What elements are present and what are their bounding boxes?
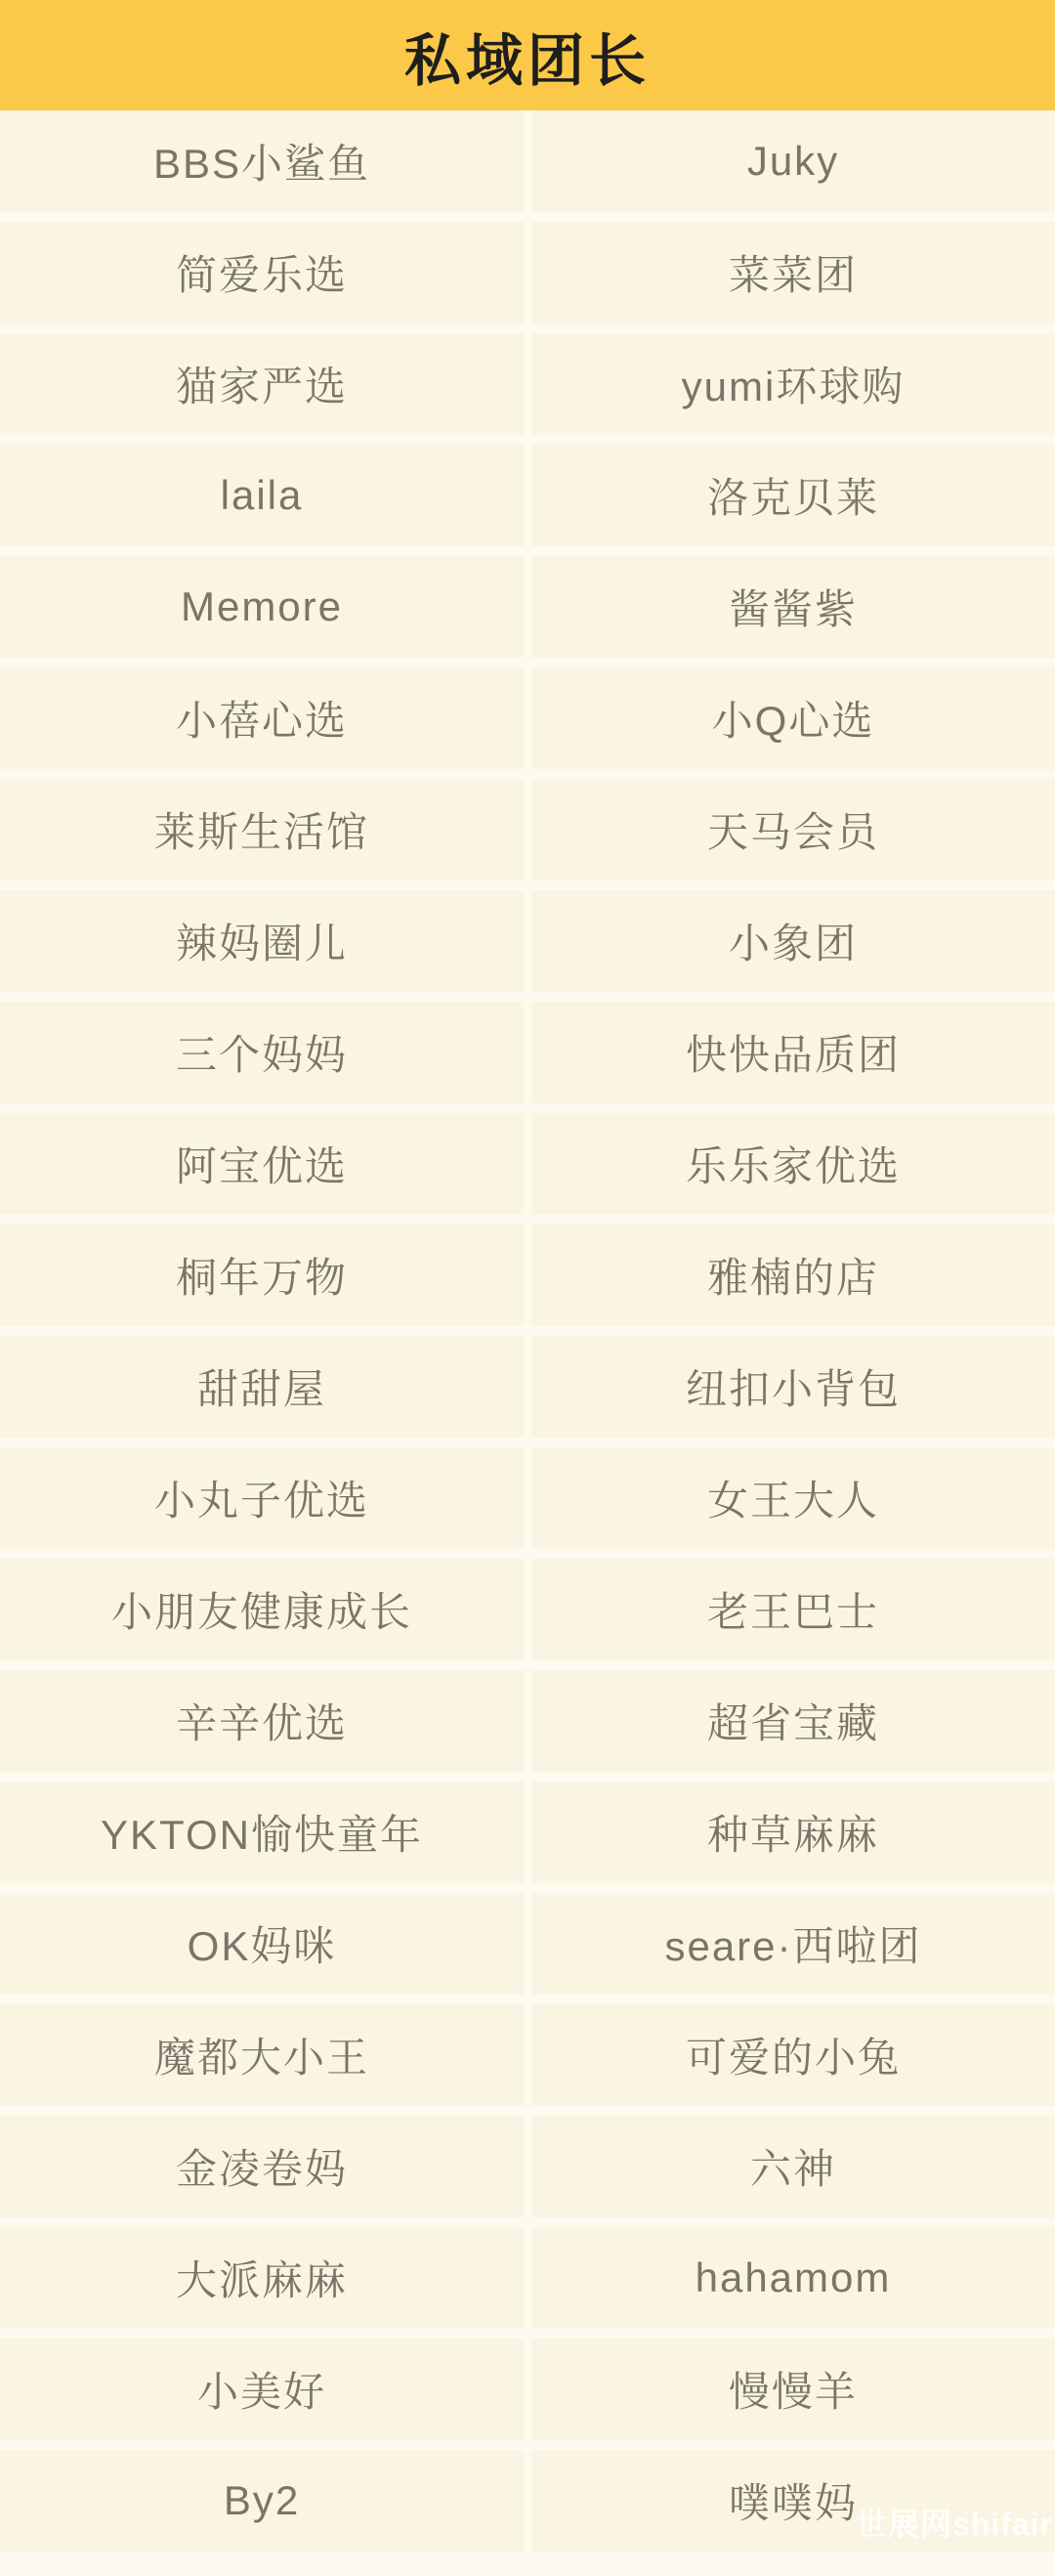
- table-cell-left: BBS小鲨鱼: [0, 110, 524, 212]
- leader-name: By2: [224, 2477, 300, 2524]
- leader-name: hahamom: [696, 2254, 892, 2301]
- table-cell-right: 天马会员: [531, 779, 1055, 880]
- table-cell-right: 洛克贝莱: [531, 445, 1055, 546]
- leader-name: 小丸子优选: [154, 1469, 369, 1527]
- table-cell-left: 小丸子优选: [0, 1447, 524, 1549]
- leader-name: 纽扣小背包: [686, 1357, 901, 1416]
- table-row: 小美好 慢慢羊: [0, 2339, 1055, 2440]
- table-row: 简爱乐选 菜菜团: [0, 222, 1055, 323]
- table-cell-right: 小象团: [531, 890, 1055, 992]
- leader-name: 天马会员: [707, 800, 879, 859]
- table-row: 阿宝优选 乐乐家优选: [0, 1113, 1055, 1215]
- table-cell-left: laila: [0, 445, 524, 546]
- leader-name: YKTON愉快童年: [101, 1803, 423, 1862]
- table-cell-right: 种草麻麻: [531, 1782, 1055, 1883]
- table-cell-right: 噗噗妈: [531, 2450, 1055, 2552]
- table-row: 莱斯生活馆 天马会员: [0, 779, 1055, 880]
- table-cell-left: 桐年万物: [0, 1224, 524, 1326]
- table-cell-right: 六神: [531, 2116, 1055, 2217]
- leader-name: 三个妈妈: [176, 1023, 348, 1082]
- leader-name: 桐年万物: [176, 1246, 348, 1305]
- table-row: 猫家严选 yumi环球购: [0, 333, 1055, 435]
- table-cell-right: seare·西啦团: [531, 1893, 1055, 1995]
- table-cell-left: 辛辛优选: [0, 1670, 524, 1772]
- table-cell-right: hahamom: [531, 2227, 1055, 2329]
- leader-name: 阿宝优选: [176, 1135, 348, 1193]
- table-row: 小蓓心选 小Q心选: [0, 667, 1055, 769]
- table-row: laila 洛克贝莱: [0, 445, 1055, 546]
- leader-name: yumi环球购: [682, 355, 906, 413]
- table-cell-left: 猫家严选: [0, 333, 524, 435]
- leader-name: 六神: [750, 2137, 836, 2196]
- table-cell-left: OK妈咪: [0, 1893, 524, 1995]
- leader-name: 小美好: [197, 2360, 326, 2419]
- table-cell-right: 纽扣小背包: [531, 1336, 1055, 1438]
- leader-name: 甜甜屋: [197, 1357, 326, 1416]
- table-cell-right: 酱酱紫: [531, 556, 1055, 658]
- table-row: 辛辛优选 超省宝藏: [0, 1670, 1055, 1772]
- table-row: 大派麻麻 hahamom: [0, 2227, 1055, 2329]
- leader-name: 魔都大小王: [154, 2026, 369, 2084]
- leader-name: OK妈咪: [188, 1914, 337, 1973]
- table-cell-left: 三个妈妈: [0, 1002, 524, 1103]
- leader-name: 猫家严选: [176, 355, 348, 413]
- leader-name: 小朋友健康成长: [111, 1580, 412, 1639]
- leader-name: 辣妈圈儿: [176, 912, 348, 970]
- leader-name: 小Q心选: [712, 689, 875, 748]
- table-cell-left: 小蓓心选: [0, 667, 524, 769]
- page: 私域团长 BBS小鲨鱼 Juky 简爱乐选 菜菜团 猫家严选 yumi环球购 l…: [0, 0, 1055, 2576]
- table-cell-right: 菜菜团: [531, 222, 1055, 323]
- table-cell-left: 大派麻麻: [0, 2227, 524, 2329]
- table-cell-left: 甜甜屋: [0, 1336, 524, 1438]
- table-row: BBS小鲨鱼 Juky: [0, 110, 1055, 212]
- leader-name: 小蓓心选: [176, 689, 348, 748]
- table-row: 桐年万物 雅楠的店: [0, 1224, 1055, 1326]
- table-cell-right: yumi环球购: [531, 333, 1055, 435]
- leader-name: 噗噗妈: [729, 2471, 858, 2530]
- leader-name: 小象团: [729, 912, 858, 970]
- table-cell-right: 慢慢羊: [531, 2339, 1055, 2440]
- leader-name: 洛克贝莱: [707, 466, 879, 525]
- table-cell-right: 女王大人: [531, 1447, 1055, 1549]
- table-cell-right: 快快品质团: [531, 1002, 1055, 1103]
- table-row: By2 噗噗妈: [0, 2450, 1055, 2552]
- leader-name: 乐乐家优选: [686, 1135, 901, 1193]
- leader-name: Juky: [747, 138, 839, 185]
- header: 私域团长: [0, 0, 1055, 110]
- leader-name: 辛辛优选: [176, 1692, 348, 1750]
- leader-name: 金凌卷妈: [176, 2137, 348, 2196]
- leader-name: Memore: [181, 583, 343, 630]
- table-row: YKTON愉快童年 种草麻麻: [0, 1782, 1055, 1883]
- table-cell-right: 小Q心选: [531, 667, 1055, 769]
- table-cell-left: By2: [0, 2450, 524, 2552]
- table-cell-right: 雅楠的店: [531, 1224, 1055, 1326]
- table-cell-left: Memore: [0, 556, 524, 658]
- leader-name: 简爱乐选: [176, 243, 348, 302]
- table-row: OK妈咪 seare·西啦团: [0, 1893, 1055, 1995]
- leader-name: 莱斯生活馆: [154, 800, 369, 859]
- leader-name: 可爱的小兔: [686, 2026, 901, 2084]
- leader-name: 菜菜团: [729, 243, 858, 302]
- table-cell-left: YKTON愉快童年: [0, 1782, 524, 1883]
- leader-name: 雅楠的店: [707, 1246, 879, 1305]
- table-row: 金凌卷妈 六神: [0, 2116, 1055, 2217]
- leader-name: seare·西啦团: [664, 1914, 921, 1973]
- table-cell-left: 阿宝优选: [0, 1113, 524, 1215]
- table-cell-left: 魔都大小王: [0, 2004, 524, 2106]
- table-cell-right: 可爱的小兔: [531, 2004, 1055, 2106]
- table-cell-left: 金凌卷妈: [0, 2116, 524, 2217]
- leader-name: 大派麻麻: [176, 2249, 348, 2307]
- table-cell-left: 简爱乐选: [0, 222, 524, 323]
- table-cell-right: Juky: [531, 110, 1055, 212]
- table-row: 小丸子优选 女王大人: [0, 1447, 1055, 1549]
- table-row: 小朋友健康成长 老王巴士: [0, 1559, 1055, 1660]
- leader-name: laila: [221, 472, 304, 519]
- table-cell-right: 超省宝藏: [531, 1670, 1055, 1772]
- leader-name: 酱酱紫: [729, 578, 858, 636]
- leader-name: 超省宝藏: [707, 1692, 879, 1750]
- table-row: Memore 酱酱紫: [0, 556, 1055, 658]
- leader-name: 种草麻麻: [707, 1803, 879, 1862]
- table-row: 甜甜屋 纽扣小背包: [0, 1336, 1055, 1438]
- table-cell-left: 小朋友健康成长: [0, 1559, 524, 1660]
- table-cell-left: 辣妈圈儿: [0, 890, 524, 992]
- table-cell-right: 乐乐家优选: [531, 1113, 1055, 1215]
- leader-table: BBS小鲨鱼 Juky 简爱乐选 菜菜团 猫家严选 yumi环球购 laila …: [0, 110, 1055, 2576]
- leader-name: 老王巴士: [707, 1580, 879, 1639]
- table-row: 辣妈圈儿 小象团: [0, 890, 1055, 992]
- table-row: 三个妈妈 快快品质团: [0, 1002, 1055, 1103]
- table-cell-right: 老王巴士: [531, 1559, 1055, 1660]
- table-row: 魔都大小王 可爱的小兔: [0, 2004, 1055, 2106]
- leader-name: BBS小鲨鱼: [153, 132, 370, 191]
- page-title: 私域团长: [404, 15, 651, 97]
- leader-name: 女王大人: [707, 1469, 879, 1527]
- leader-name: 快快品质团: [686, 1023, 901, 1082]
- table-cell-left: 莱斯生活馆: [0, 779, 524, 880]
- table-cell-left: 小美好: [0, 2339, 524, 2440]
- leader-name: 慢慢羊: [729, 2360, 858, 2419]
